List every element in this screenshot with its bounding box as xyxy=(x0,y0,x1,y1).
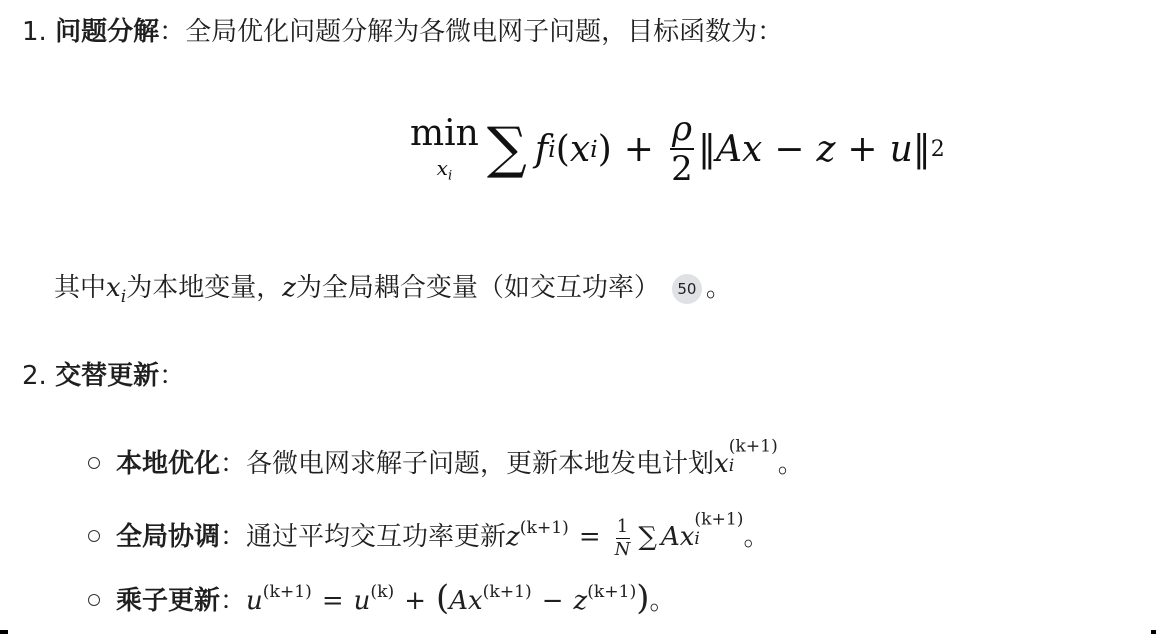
x-i-k1: x(k+1)i xyxy=(714,449,778,479)
rho-over-2: ρ 2 xyxy=(670,112,694,186)
hollow-bullet-icon xyxy=(88,594,100,606)
min-operator: min xi xyxy=(410,116,479,183)
section-2-number: 2. xyxy=(22,361,47,391)
section-1-title: 问题分解 xyxy=(55,17,159,47)
section-1-line: 1. 问题分解：全局优化问题分解为各微电网子问题，目标函数为： xyxy=(22,14,783,50)
sum-symbol: ∑ xyxy=(487,121,527,177)
objective-equation: min xi ∑ fi(xi) + ρ 2 ‖Ax − z + u‖2 xyxy=(410,112,945,186)
u-update-formula: u(k+1)=u(k)+(Ax(k+1)−z(k+1)) xyxy=(246,586,649,616)
citation-badge[interactable]: 50 xyxy=(672,274,702,304)
bullet-local-optimization: 本地优化：各微电网求解子问题，更新本地发电计划x(k+1)i。 xyxy=(88,446,804,482)
section-1-text: 全局优化问题分解为各微电网子问题，目标函数为： xyxy=(185,17,783,47)
section-2-line: 2. 交替更新： xyxy=(22,358,185,394)
hollow-bullet-icon xyxy=(88,530,100,542)
bullet-global-coordination: 全局协调：通过平均交互功率更新z(k+1)=1N∑Ax(k+1)i。 xyxy=(88,510,769,559)
right-edge-tick xyxy=(1151,630,1156,634)
hollow-bullet-icon xyxy=(88,457,100,469)
var-x-i: xi xyxy=(106,273,126,303)
z-update-formula: z(k+1)=1N∑Ax(k+1)i xyxy=(506,522,743,552)
bullet-multiplier-update: 乘子更新：u(k+1)=u(k)+(Ax(k+1)−z(k+1))。 xyxy=(88,574,676,619)
var-z: z xyxy=(282,273,296,303)
section-1-colon: ： xyxy=(159,17,185,47)
section-2-title: 交替更新 xyxy=(55,361,159,391)
explanation-line: 其中xi为本地变量，z为全局耦合变量（如交互功率）50。 xyxy=(54,270,732,315)
left-edge-tick xyxy=(0,630,8,634)
section-1-number: 1. xyxy=(22,17,47,47)
